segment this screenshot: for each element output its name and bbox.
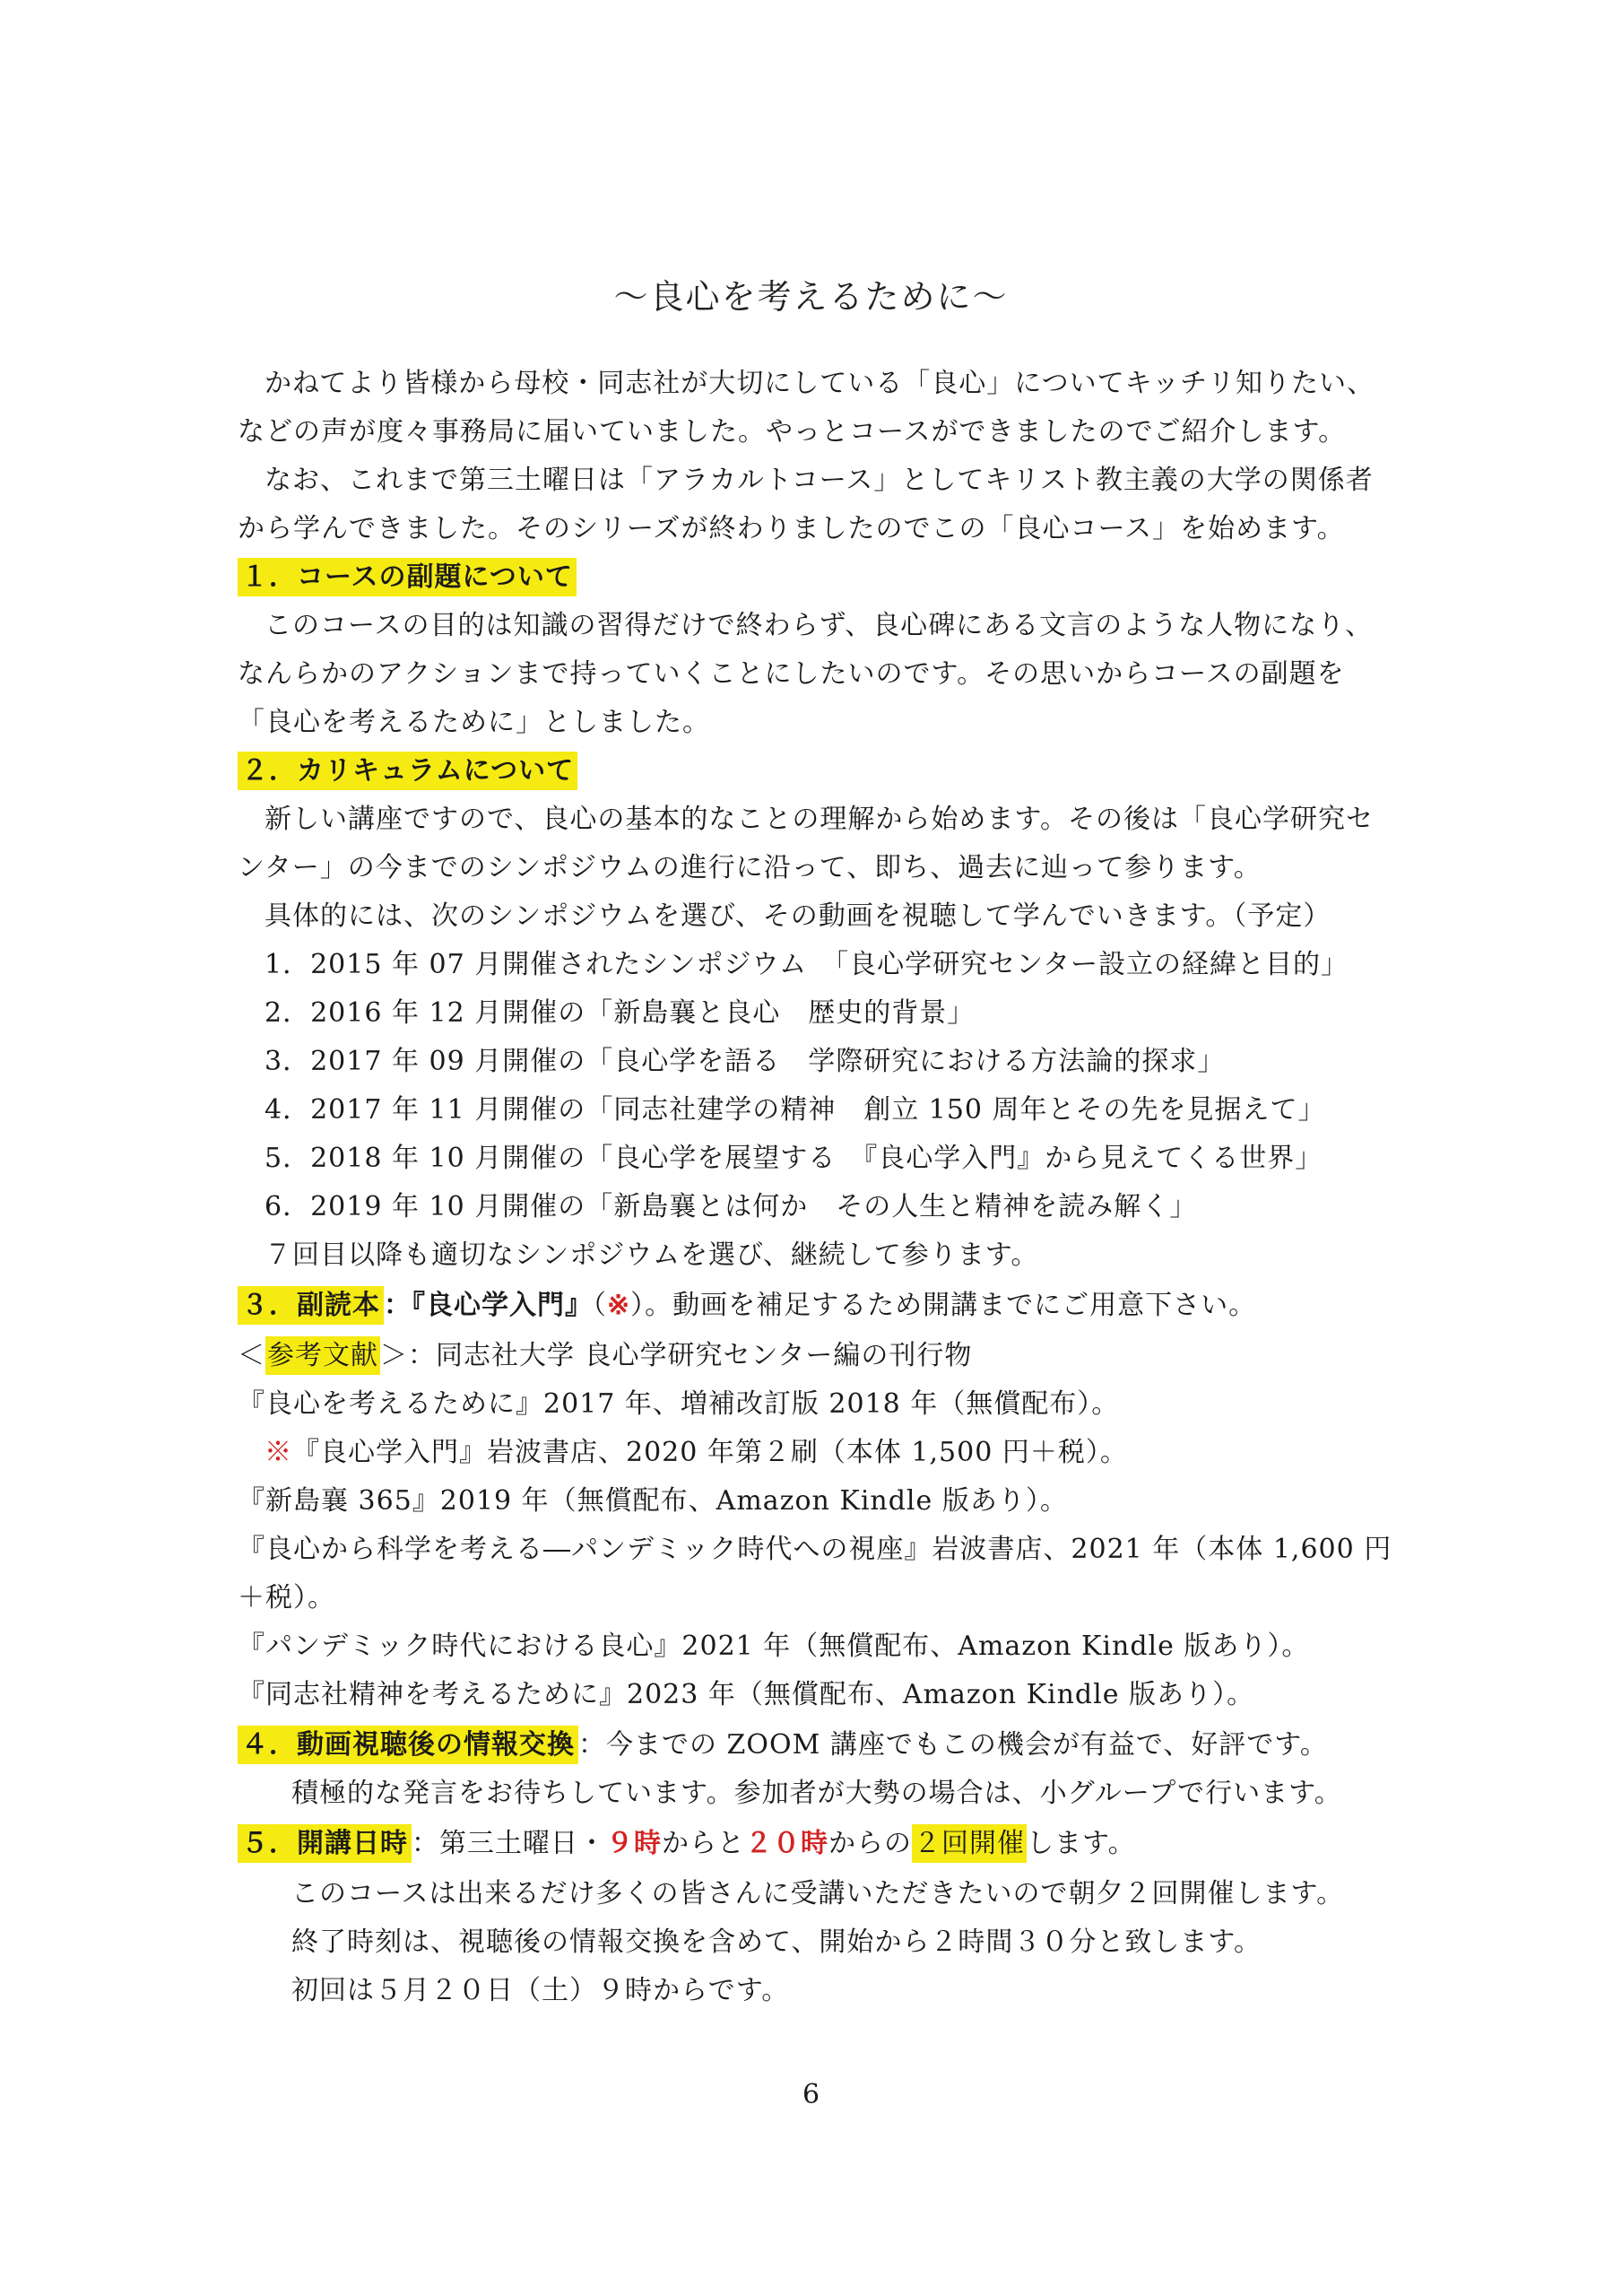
- section3-rest: ）。動画を補足するため開講までにご用意下さい。: [630, 1290, 1256, 1321]
- reference-item: 『新島襄 365』2019 年（無償配布、Amazon Kindle 版あり）。: [238, 1483, 1068, 1519]
- section4-heading: ４．動画視聴後の情報交換: [238, 1726, 578, 1764]
- text: からと: [662, 1828, 745, 1859]
- intro-line: かねてより皆様から母校・同志社が大切にしている「良心」についてキッチリ知りたい、: [265, 366, 1375, 402]
- section2-footer: ７回目以降も適切なシンポジウムを選び、継続して参ります。: [265, 1238, 1038, 1274]
- bracket: ＜: [238, 1340, 265, 1371]
- symposium-list-item: 2．2016 年 12 月開催の「新島襄と良心 歴史的背景」: [265, 996, 975, 1031]
- section4-rest: ：今までの ZOOM 講座でもこの機会が有益で、好評です。: [578, 1729, 1328, 1761]
- reference-item: 『良心を考えるために』2017 年、増補改訂版 2018 年（無償配布）。: [238, 1387, 1119, 1422]
- text: からの: [828, 1828, 912, 1859]
- document-page: ～良心を考えるために～ かねてより皆様から母校・同志社が大切にしている「良心」に…: [0, 0, 1622, 2296]
- section2-body: 具体的には、次のシンポジウムを選び、その動画を視聴して学んでいきます。（予定）: [265, 899, 1331, 935]
- section3-line: ３．副読本：『良心学入門』（※）。動画を補足するため開講までにご用意下さい。: [238, 1288, 1256, 1324]
- section4-line: ４．動画視聴後の情報交換：今までの ZOOM 講座でもこの機会が有益で、好評です…: [238, 1727, 1328, 1763]
- references-rest: ＞：同志社大学 良心学研究センター編の刊行物: [380, 1340, 972, 1371]
- intro-line: から学んできました。そのシリーズが終わりましたのでこの「良心コース」を始めます。: [238, 511, 1345, 547]
- reference-mark-icon: ※: [265, 1437, 292, 1468]
- section3-heading: ３．副読本: [238, 1286, 384, 1325]
- section2-body: ンター」の今までのシンポジウムの進行に沿って、即ち、過去に辿って参ります。: [238, 850, 1262, 886]
- section1-body: なんらかのアクションまで持っていくことにしたいのです。その思いからコースの副題を: [238, 657, 1345, 692]
- text: ：第三土曜日・: [412, 1828, 606, 1859]
- section5-heading: ５．開講日時: [238, 1824, 412, 1863]
- section1-heading: １．コースの副題について: [238, 560, 577, 596]
- reference-text: 『良心学入門』岩波書店、2020 年第２刷（本体 1,500 円＋税）。: [292, 1437, 1128, 1468]
- section5-body: このコースは出来るだけ多くの皆さんに受講いただきたいので朝夕２回開催します。: [291, 1876, 1344, 1912]
- references-label: 参考文献: [265, 1336, 380, 1375]
- paren: （: [593, 1290, 607, 1321]
- text: します。: [1027, 1828, 1136, 1859]
- book-title: 『良心学入門』: [412, 1290, 593, 1321]
- colon: ：: [384, 1290, 412, 1321]
- symposium-list-item: 5．2018 年 10 月開催の「良心学を展望する 『良心学入門』から見えてくる…: [265, 1141, 1323, 1177]
- reference-mark-icon: ※: [607, 1290, 630, 1321]
- section1-heading-text: １．コースの副題について: [238, 558, 577, 596]
- section1-body: 「良心を考えるために」としました。: [238, 705, 710, 741]
- section4-body: 積極的な発言をお待ちしています。参加者が大勢の場合は、小グループで行います。: [291, 1776, 1342, 1812]
- section2-body: 新しい講座ですので、良心の基本的なことの理解から始めます。その後は「良心学研究セ: [265, 802, 1374, 838]
- symposium-list-item: 1．2015 年 07 月開催されたシンポジウム 「良心学研究センター設立の経緯…: [265, 947, 1349, 983]
- symposium-list-item: 6．2019 年 10 月開催の「新島襄とは何か その人生と精神を読み解く」: [265, 1189, 1197, 1225]
- intro-line: なお、これまで第三土曜日は「アラカルトコース」としてキリスト教主義の大学の関係者: [265, 463, 1374, 499]
- symposium-list-item: 3．2017 年 09 月開催の「良心学を語る 学際研究における方法論的探求」: [265, 1044, 1225, 1080]
- section2-heading: ２．カリキュラムについて: [238, 753, 577, 789]
- reference-item: 『パンデミック時代における良心』2021 年（無償配布、Amazon Kindl…: [238, 1629, 1309, 1665]
- section5-body: 終了時刻は、視聴後の情報交換を含めて、開始から２時間３０分と致します。: [291, 1925, 1262, 1961]
- reference-item: 『良心から科学を考える―パンデミック時代への視座』岩波書店、2021 年（本体 …: [238, 1532, 1392, 1568]
- references-heading: ＜参考文献＞：同志社大学 良心学研究センター編の刊行物: [238, 1338, 972, 1374]
- reference-item: 『同志社精神を考えるために』2023 年（無償配布、Amazon Kindle …: [238, 1677, 1254, 1713]
- session-count: ２回開催: [912, 1824, 1027, 1863]
- page-number: 6: [0, 2079, 1622, 2110]
- time-evening: ２０時: [745, 1828, 828, 1859]
- section5-line: ５．開講日時：第三土曜日・９時からと２０時からの２回開催します。: [238, 1826, 1136, 1862]
- reference-item: ＋税）。: [238, 1580, 335, 1616]
- intro-line: などの声が度々事務局に届いていました。やっとコースができましたのでご紹介します。: [238, 414, 1346, 450]
- section1-body: このコースの目的は知識の習得だけで終わらず、良心碑にある文言のような人物になり、: [265, 608, 1373, 644]
- time-morning: ９時: [606, 1828, 662, 1859]
- reference-item: ※『良心学入門』岩波書店、2020 年第２刷（本体 1,500 円＋税）。: [265, 1435, 1128, 1471]
- symposium-list-item: 4．2017 年 11 月開催の「同志社建学の精神 創立 150 周年とその先を…: [265, 1092, 1326, 1128]
- section2-heading-text: ２．カリキュラムについて: [238, 752, 577, 790]
- section5-body: 初回は５月２０日（土）９時からです。: [291, 1973, 789, 2009]
- page-title: ～良心を考えるために～: [0, 269, 1622, 318]
